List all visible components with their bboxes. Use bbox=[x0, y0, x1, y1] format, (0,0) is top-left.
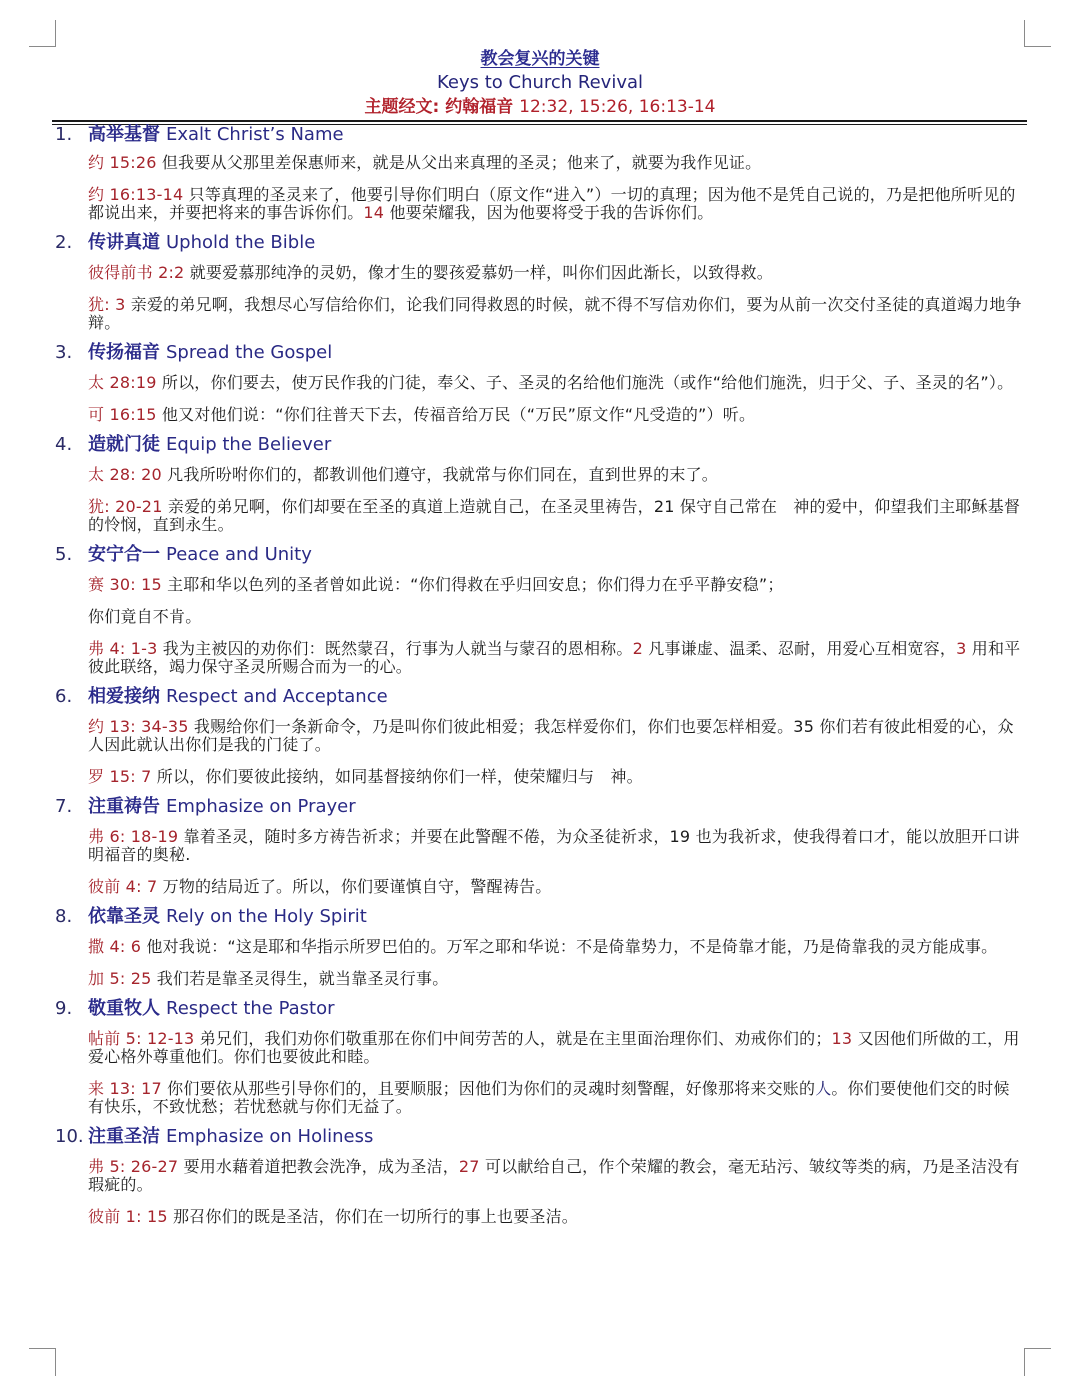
verse-reference: 来 13: 17 bbox=[88, 1079, 162, 1098]
section-number: 10. bbox=[55, 1124, 88, 1150]
verse: 太 28: 20 凡我所吩咐你们的，都教训他们遵守，我就常与你们同在，直到世界的… bbox=[88, 466, 1023, 484]
section-title-en: Spread the Gospel bbox=[166, 340, 332, 366]
section-title-cn: 相爱接纳 bbox=[88, 684, 160, 710]
section-title-en: Respect and Acceptance bbox=[166, 684, 388, 710]
verse-text: 靠着圣灵，随时多方祷告祈求；并要在此警醒不倦，为众圣徒祈求，19 也为我祈求，使… bbox=[88, 827, 1020, 864]
section-spread-gospel: 3. 传扬福音 Spread the Gospel 太 28:19 所以，你们要… bbox=[55, 340, 1025, 424]
verse-text: 那召你们的既是圣洁，你们在一切所行的事上也要圣洁。 bbox=[168, 1207, 578, 1226]
section-rely-holy-spirit: 8. 依靠圣灵 Rely on the Holy Spirit 撒 4: 6 他… bbox=[55, 904, 1025, 988]
section-number: 2. bbox=[55, 230, 88, 256]
document-header: 教会复兴的关键 Keys to Church Revival 主题经文: 约翰福… bbox=[0, 48, 1080, 119]
verse-text: 主耶和华以色列的圣者曾如此说：“你们得救在乎归回安息；你们得力在乎平静安稳”； bbox=[162, 575, 784, 594]
verse-reference: 彼前 1: 15 bbox=[88, 1207, 168, 1226]
verse-highlight: 人 bbox=[815, 1079, 831, 1098]
section-title-en: Respect the Pastor bbox=[166, 996, 335, 1022]
section-heading: 5. 安宁合一 Peace and Unity bbox=[55, 542, 1025, 568]
section-title-cn: 敬重牧人 bbox=[88, 996, 160, 1022]
verse-text: 但我要从父那里差保惠师来，就是从父出来真理的圣灵；他来了，就要为我作见证。 bbox=[157, 153, 762, 172]
section-peace-unity: 5. 安宁合一 Peace and Unity 赛 30: 15 主耶和华以色列… bbox=[55, 542, 1025, 676]
verse-text: 要用水藉着道把教会洗净，成为圣洁， bbox=[178, 1157, 459, 1176]
section-heading: 10. 注重圣洁 Emphasize on Holiness bbox=[55, 1124, 1025, 1150]
section-number: 6. bbox=[55, 684, 88, 710]
verse-text: 凡我所吩咐你们的，都教训他们遵守，我就常与你们同在，直到世界的末了。 bbox=[162, 465, 718, 484]
crop-mark-bottom-right bbox=[1024, 1348, 1051, 1376]
section-title-en: Equip the Believer bbox=[166, 432, 331, 458]
verse-reference: 太 28: 20 bbox=[88, 465, 162, 484]
verse-text: 所以，你们要彼此接纳，如同基督接纳你们一样，使荣耀归与 神。 bbox=[152, 767, 643, 786]
verse-reference: 约 13: 34-35 bbox=[88, 717, 189, 736]
section-number: 1. bbox=[55, 122, 88, 148]
section-heading: 9. 敬重牧人 Respect the Pastor bbox=[55, 996, 1025, 1022]
sections-list: 1. 高举基督 Exalt Christ’s Name 约 15:26 但我要从… bbox=[0, 122, 1080, 1234]
verse-number: 3 bbox=[956, 639, 966, 658]
title-english: Keys to Church Revival bbox=[0, 71, 1080, 95]
verse-reference: 犹: 20-21 bbox=[88, 497, 163, 516]
verse-reference: 弗 5: 26-27 bbox=[88, 1157, 178, 1176]
verse-reference: 撒 4: 6 bbox=[88, 937, 141, 956]
section-heading: 6. 相爱接纳 Respect and Acceptance bbox=[55, 684, 1025, 710]
verse: 帖前 5: 12-13 弟兄们，我们劝你们敬重那在你们中间劳苦的人，就是在主里面… bbox=[88, 1030, 1023, 1066]
verse-reference: 可 16:15 bbox=[88, 405, 157, 424]
verse-reference: 罗 15: 7 bbox=[88, 767, 152, 786]
verse: 约 15:26 但我要从父那里差保惠师来，就是从父出来真理的圣灵；他来了，就要为… bbox=[88, 154, 1023, 172]
verse: 弗 6: 18-19 靠着圣灵，随时多方祷告祈求；并要在此警醒不倦，为众圣徒祈求… bbox=[88, 828, 1023, 864]
verse: 约 16:13-14 只等真理的圣灵来了，他要引导你们明白（原文作“进入”）一切… bbox=[88, 186, 1023, 222]
section-title-cn: 传讲真道 bbox=[88, 230, 160, 256]
verse-text: 我们若是靠圣灵得生，就当靠圣灵行事。 bbox=[152, 969, 449, 988]
verse-text: 他要荣耀我，因为他要将受于我的告诉你们。 bbox=[384, 203, 713, 222]
verse-reference: 弗 6: 18-19 bbox=[88, 827, 178, 846]
section-title-en: Peace and Unity bbox=[166, 542, 312, 568]
section-emphasize-holiness: 10. 注重圣洁 Emphasize on Holiness 弗 5: 26-2… bbox=[55, 1124, 1025, 1226]
verse: 赛 30: 15 主耶和华以色列的圣者曾如此说：“你们得救在乎归回安息；你们得力… bbox=[88, 576, 1023, 594]
verse-text: 就要爱慕那纯净的灵奶，像才生的婴孩爱慕奶一样，叫你们因此渐长，以致得救。 bbox=[184, 263, 773, 282]
verse: 弗 4: 1-3 我为主被囚的劝你们：既然蒙召，行事为人就当与蒙召的恩相称。2 … bbox=[88, 640, 1023, 676]
section-heading: 2. 传讲真道 Uphold the Bible bbox=[55, 230, 1025, 256]
verse-text: 弟兄们，我们劝你们敬重那在你们中间劳苦的人，就是在主里面治理你们、劝戒你们的； bbox=[194, 1029, 831, 1048]
verse-reference: 太 28:19 bbox=[88, 373, 157, 392]
verse-text: 所以，你们要去，使万民作我的门徒，奉父、子、圣灵的名给他们施洗（或作“给他们施洗… bbox=[157, 373, 1014, 392]
verse: 你们竟自不肯。 bbox=[88, 608, 1023, 626]
verse: 罗 15: 7 所以，你们要彼此接纳，如同基督接纳你们一样，使荣耀归与 神。 bbox=[88, 768, 1023, 786]
section-respect-pastor: 9. 敬重牧人 Respect the Pastor 帖前 5: 12-13 弟… bbox=[55, 996, 1025, 1116]
section-number: 8. bbox=[55, 904, 88, 930]
section-title-en: Uphold the Bible bbox=[166, 230, 315, 256]
section-title-cn: 高举基督 bbox=[88, 122, 160, 148]
crop-mark-top-right bbox=[1024, 20, 1051, 47]
verse-reference: 加 5: 25 bbox=[88, 969, 152, 988]
verse-reference: 彼得前书 2:2 bbox=[88, 263, 184, 282]
section-heading: 4. 造就门徒 Equip the Believer bbox=[55, 432, 1025, 458]
crop-mark-top-left bbox=[29, 20, 56, 47]
section-number: 9. bbox=[55, 996, 88, 1022]
verse: 太 28:19 所以，你们要去，使万民作我的门徒，奉父、子、圣灵的名给他们施洗（… bbox=[88, 374, 1023, 392]
verse-text: 他对我说：“这是耶和华指示所罗巴伯的。万军之耶和华说：不是倚靠势力，不是倚靠才能… bbox=[141, 937, 997, 956]
section-heading: 8. 依靠圣灵 Rely on the Holy Spirit bbox=[55, 904, 1025, 930]
crop-mark-bottom-left bbox=[29, 1348, 56, 1376]
section-title-cn: 依靠圣灵 bbox=[88, 904, 160, 930]
verse-text: 凡事谦虚、温柔、忍耐，用爱心互相宽容， bbox=[643, 639, 956, 658]
verse-text: 亲爱的弟兄啊，你们却要在至圣的真道上造就自己，在圣灵里祷告，21 保守自己常在 … bbox=[88, 497, 1020, 534]
section-title-en: Emphasize on Holiness bbox=[166, 1124, 373, 1150]
verse-text: 你们竟自不肯。 bbox=[88, 607, 201, 626]
section-uphold-bible: 2. 传讲真道 Uphold the Bible 彼得前书 2:2 就要爱慕那纯… bbox=[55, 230, 1025, 332]
theme-scripture: 主题经文: 约翰福音 12:32, 15:26, 16:13-14 bbox=[0, 95, 1080, 119]
theme-label: 主题经文: 约翰福音 bbox=[365, 97, 520, 117]
section-number: 7. bbox=[55, 794, 88, 820]
verse: 犹: 3 亲爱的弟兄啊，我想尽心写信给你们，论我们同得救恩的时候，就不得不写信劝… bbox=[88, 296, 1023, 332]
title-chinese: 教会复兴的关键 bbox=[481, 48, 600, 70]
verse: 犹: 20-21 亲爱的弟兄啊，你们却要在至圣的真道上造就自己，在圣灵里祷告，2… bbox=[88, 498, 1023, 534]
verse-text: 我赐给你们一条新命令，乃是叫你们彼此相爱；我怎样爱你们，你们也要怎样相爱。35 … bbox=[88, 717, 1014, 754]
section-exalt-christ: 1. 高举基督 Exalt Christ’s Name 约 15:26 但我要从… bbox=[55, 122, 1025, 222]
section-title-cn: 传扬福音 bbox=[88, 340, 160, 366]
verse-reference: 约 16:13-14 bbox=[88, 185, 183, 204]
verse-reference: 赛 30: 15 bbox=[88, 575, 162, 594]
verse: 彼得前书 2:2 就要爱慕那纯净的灵奶，像才生的婴孩爱慕奶一样，叫你们因此渐长，… bbox=[88, 264, 1023, 282]
verse-number: 2 bbox=[633, 639, 643, 658]
section-number: 3. bbox=[55, 340, 88, 366]
section-heading: 7. 注重祷告 Emphasize on Prayer bbox=[55, 794, 1025, 820]
verse: 可 16:15 他又对他们说：“你们往普天下去，传福音给万民（“万民”原文作“凡… bbox=[88, 406, 1023, 424]
section-title-cn: 注重圣洁 bbox=[88, 1124, 160, 1150]
verse-text: 万物的结局近了。所以，你们要谨慎自守，警醒祷告。 bbox=[157, 877, 551, 896]
section-title-cn: 注重祷告 bbox=[88, 794, 160, 820]
verse-reference: 弗 4: 1-3 bbox=[88, 639, 157, 658]
section-number: 4. bbox=[55, 432, 88, 458]
verse: 弗 5: 26-27 要用水藉着道把教会洗净，成为圣洁，27 可以献给自己，作个… bbox=[88, 1158, 1023, 1194]
verse: 来 13: 17 你们要依从那些引导你们的，且要顺服；因他们为你们的灵魂时刻警醒… bbox=[88, 1080, 1023, 1116]
verse: 加 5: 25 我们若是靠圣灵得生，就当靠圣灵行事。 bbox=[88, 970, 1023, 988]
section-emphasize-prayer: 7. 注重祷告 Emphasize on Prayer 弗 6: 18-19 靠… bbox=[55, 794, 1025, 896]
verse: 约 13: 34-35 我赐给你们一条新命令，乃是叫你们彼此相爱；我怎样爱你们，… bbox=[88, 718, 1023, 754]
section-equip-believer: 4. 造就门徒 Equip the Believer 太 28: 20 凡我所吩… bbox=[55, 432, 1025, 534]
verse-text: 你们要依从那些引导你们的，且要顺服；因他们为你们的灵魂时刻警醒，好像那将来交账的 bbox=[162, 1079, 815, 1098]
verse-reference: 帖前 5: 12-13 bbox=[88, 1029, 194, 1048]
section-title-en: Rely on the Holy Spirit bbox=[166, 904, 367, 930]
verse-text: 他又对他们说：“你们往普天下去，传福音给万民（“万民”原文作“凡受造的”）听。 bbox=[157, 405, 756, 424]
verse-number: 27 bbox=[459, 1157, 480, 1176]
verse-reference: 约 15:26 bbox=[88, 153, 157, 172]
verse: 撒 4: 6 他对我说：“这是耶和华指示所罗巴伯的。万军之耶和华说：不是倚靠势力… bbox=[88, 938, 1023, 956]
section-title-cn: 安宁合一 bbox=[88, 542, 160, 568]
verse-number: 14 bbox=[363, 203, 384, 222]
theme-references: 12:32, 15:26, 16:13-14 bbox=[519, 97, 715, 117]
section-heading: 3. 传扬福音 Spread the Gospel bbox=[55, 340, 1025, 366]
section-title-en: Exalt Christ’s Name bbox=[166, 122, 344, 148]
verse-reference: 彼前 4: 7 bbox=[88, 877, 157, 896]
verse-text: 我为主被囚的劝你们：既然蒙召，行事为人就当与蒙召的恩相称。 bbox=[157, 639, 632, 658]
section-heading: 1. 高举基督 Exalt Christ’s Name bbox=[55, 122, 1025, 148]
section-number: 5. bbox=[55, 542, 88, 568]
verse: 彼前 1: 15 那召你们的既是圣洁，你们在一切所行的事上也要圣洁。 bbox=[88, 1208, 1023, 1226]
verse: 彼前 4: 7 万物的结局近了。所以，你们要谨慎自守，警醒祷告。 bbox=[88, 878, 1023, 896]
section-title-en: Emphasize on Prayer bbox=[166, 794, 356, 820]
verse-text: 亲爱的弟兄啊，我想尽心写信给你们，论我们同得救恩的时候，就不得不写信劝你们，要为… bbox=[88, 295, 1022, 332]
verse-reference: 犹: 3 bbox=[88, 295, 125, 314]
section-title-cn: 造就门徒 bbox=[88, 432, 160, 458]
verse-number: 13 bbox=[832, 1029, 853, 1048]
section-respect-acceptance: 6. 相爱接纳 Respect and Acceptance 约 13: 34-… bbox=[55, 684, 1025, 786]
